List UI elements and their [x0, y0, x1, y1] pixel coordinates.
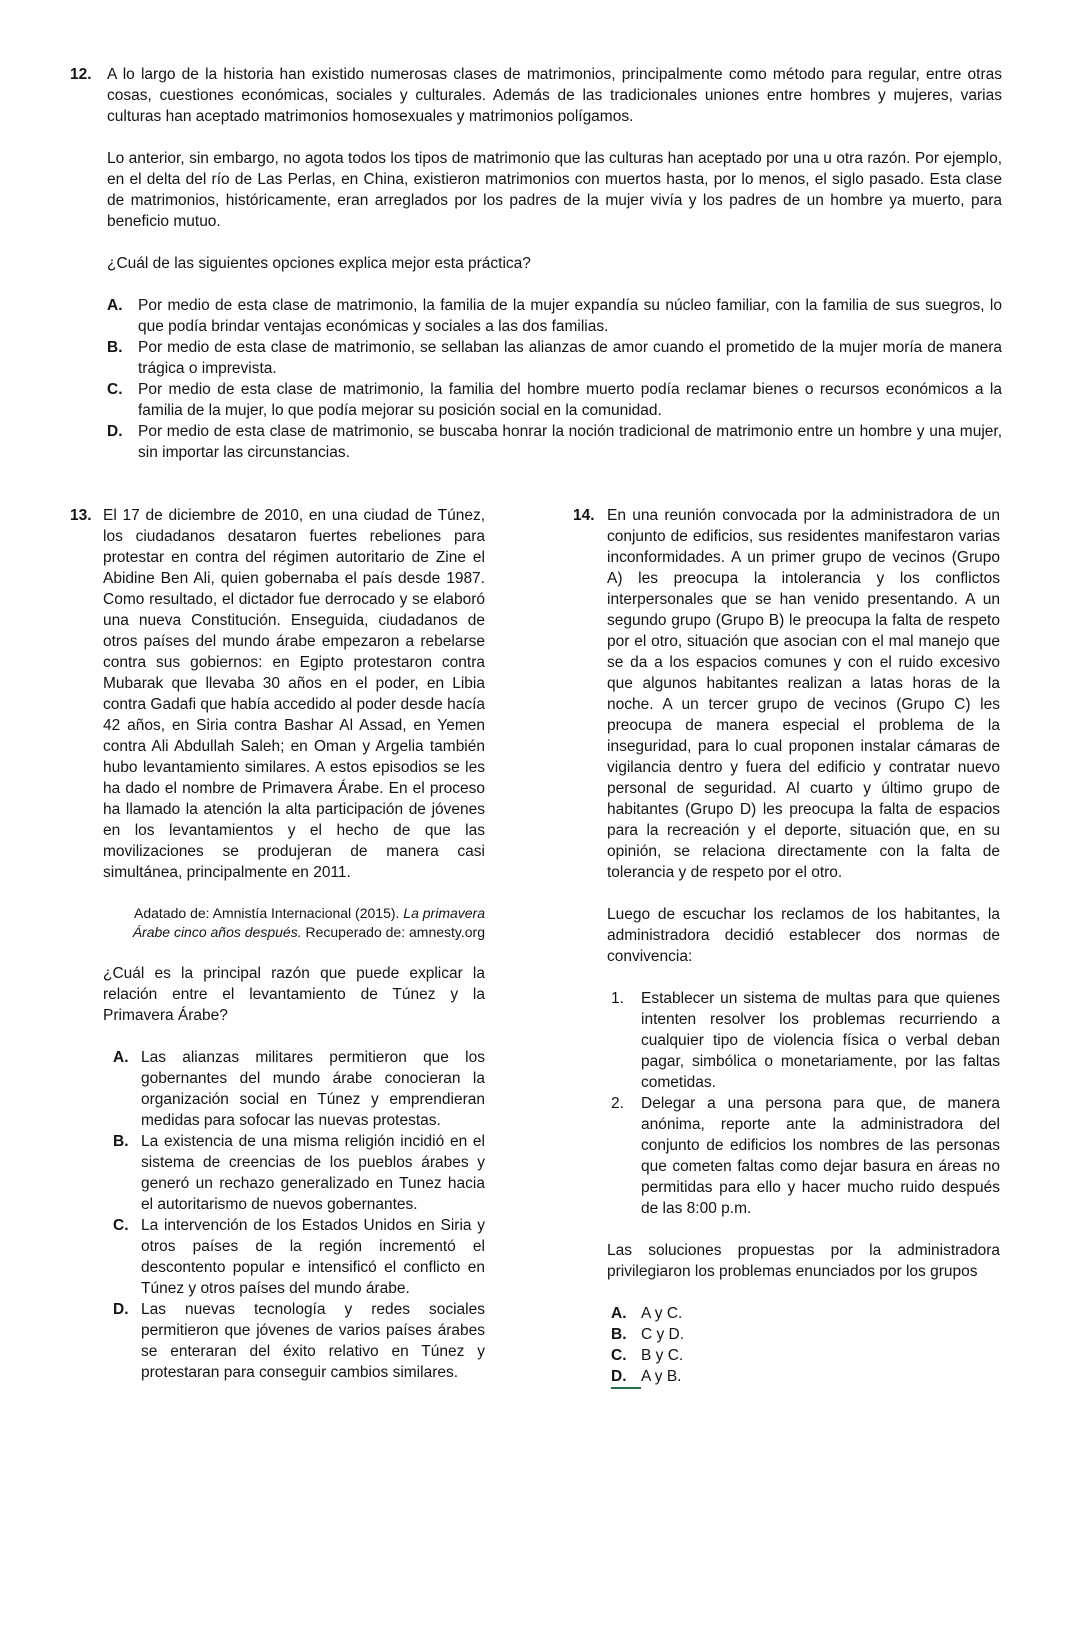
- question-12: 12. A lo largo de la historia han existi…: [70, 64, 1002, 463]
- option-letter: C.: [113, 1215, 141, 1236]
- question-12-paragraph-2: Lo anterior, sin embargo, no agota todos…: [107, 148, 1002, 232]
- option-text: La existencia de una misma religión inci…: [141, 1131, 485, 1215]
- answer-option: B. Por medio de esta clase de matrimonio…: [107, 337, 1002, 379]
- option-letter: D.: [113, 1299, 141, 1320]
- question-13-source-citation: Adatado de: Amnistía Internacional (2015…: [103, 904, 485, 942]
- question-14-passage: En una reunión convocada por la administ…: [607, 505, 1000, 883]
- answer-option: D. Las nuevas tecnología y redes sociale…: [103, 1299, 485, 1383]
- option-text: Por medio de esta clase de matrimonio, s…: [138, 421, 1002, 463]
- question-14: 14. En una reunión convocada por la admi…: [573, 505, 1000, 1389]
- option-text: C y D.: [641, 1324, 1000, 1345]
- question-14-body: En una reunión convocada por la administ…: [607, 505, 1000, 1389]
- question-13-options: A. Las alianzas militares permitieron qu…: [103, 1047, 485, 1383]
- question-13-passage: El 17 de diciembre de 2010, en una ciuda…: [103, 505, 485, 883]
- answer-option: A. Las alianzas militares permitieron qu…: [103, 1047, 485, 1131]
- option-letter: C.: [107, 379, 138, 400]
- two-column-section: 13. El 17 de diciembre de 2010, en una c…: [70, 505, 1002, 1389]
- option-letter: D.: [107, 421, 138, 442]
- option-letter: B.: [611, 1324, 641, 1345]
- norm-text: Delegar a una persona para que, de maner…: [641, 1093, 1000, 1219]
- question-13-number: 13.: [70, 505, 103, 526]
- answer-option: D. A y B.: [607, 1366, 1000, 1389]
- question-12-paragraph-1: A lo largo de la historia han existido n…: [107, 64, 1002, 127]
- question-14-prompt: Las soluciones propuestas por la adminis…: [607, 1240, 1000, 1282]
- question-14-number: 14.: [573, 505, 607, 526]
- norm-item: 2. Delegar a una persona para que, de ma…: [607, 1093, 1000, 1219]
- question-13: 13. El 17 de diciembre de 2010, en una c…: [70, 505, 485, 1389]
- option-text: A y C.: [641, 1303, 1000, 1324]
- option-letter: A.: [611, 1303, 641, 1324]
- answer-option: A. Por medio de esta clase de matrimonio…: [107, 295, 1002, 337]
- document-page: 12. A lo largo de la historia han existi…: [0, 0, 1080, 1429]
- option-text: Las alianzas militares permitieron que l…: [141, 1047, 485, 1131]
- answer-option: B. La existencia de una misma religión i…: [103, 1131, 485, 1215]
- option-text: A y B.: [641, 1366, 1000, 1387]
- source-suffix: Recuperado de: amnesty.org: [302, 924, 485, 940]
- norm-text: Establecer un sistema de multas para que…: [641, 988, 1000, 1093]
- answer-option: A. A y C.: [607, 1303, 1000, 1324]
- answer-option: C. Por medio de esta clase de matrimonio…: [107, 379, 1002, 421]
- option-letter: D.: [611, 1366, 641, 1389]
- question-13-body: El 17 de diciembre de 2010, en una ciuda…: [103, 505, 485, 1383]
- norm-number: 2.: [611, 1093, 641, 1114]
- option-text: Las nuevas tecnología y redes sociales p…: [141, 1299, 485, 1383]
- source-prefix: Adatado de: Amnistía Internacional (2015…: [134, 905, 403, 921]
- question-12-number: 12.: [70, 64, 107, 85]
- question-14-norms-list: 1. Establecer un sistema de multas para …: [607, 988, 1000, 1219]
- option-text: B y C.: [641, 1345, 1000, 1366]
- option-text: Por medio de esta clase de matrimonio, l…: [138, 379, 1002, 421]
- answer-option: D. Por medio de esta clase de matrimonio…: [107, 421, 1002, 463]
- question-12-body: A lo largo de la historia han existido n…: [107, 64, 1002, 463]
- answer-option: B. C y D.: [607, 1324, 1000, 1345]
- question-14-intro: Luego de escuchar los reclamos de los ha…: [607, 904, 1000, 967]
- option-text: Por medio de esta clase de matrimonio, s…: [138, 337, 1002, 379]
- option-letter: B.: [113, 1131, 141, 1152]
- answer-option: C. B y C.: [607, 1345, 1000, 1366]
- option-letter: B.: [107, 337, 138, 358]
- option-text: La intervención de los Estados Unidos en…: [141, 1215, 485, 1299]
- question-14-options: A. A y C. B. C y D. C. B y C. D. A y B.: [607, 1303, 1000, 1389]
- norm-number: 1.: [611, 988, 641, 1009]
- option-letter: A.: [107, 295, 138, 316]
- option-text: Por medio de esta clase de matrimonio, l…: [138, 295, 1002, 337]
- answer-option: C. La intervención de los Estados Unidos…: [103, 1215, 485, 1299]
- option-letter: A.: [113, 1047, 141, 1068]
- norm-item: 1. Establecer un sistema de multas para …: [607, 988, 1000, 1093]
- question-12-prompt: ¿Cuál de las siguientes opciones explica…: [107, 253, 1002, 274]
- option-letter: C.: [611, 1345, 641, 1366]
- question-12-options: A. Por medio de esta clase de matrimonio…: [107, 295, 1002, 463]
- question-13-prompt: ¿Cuál es la principal razón que puede ex…: [103, 963, 485, 1026]
